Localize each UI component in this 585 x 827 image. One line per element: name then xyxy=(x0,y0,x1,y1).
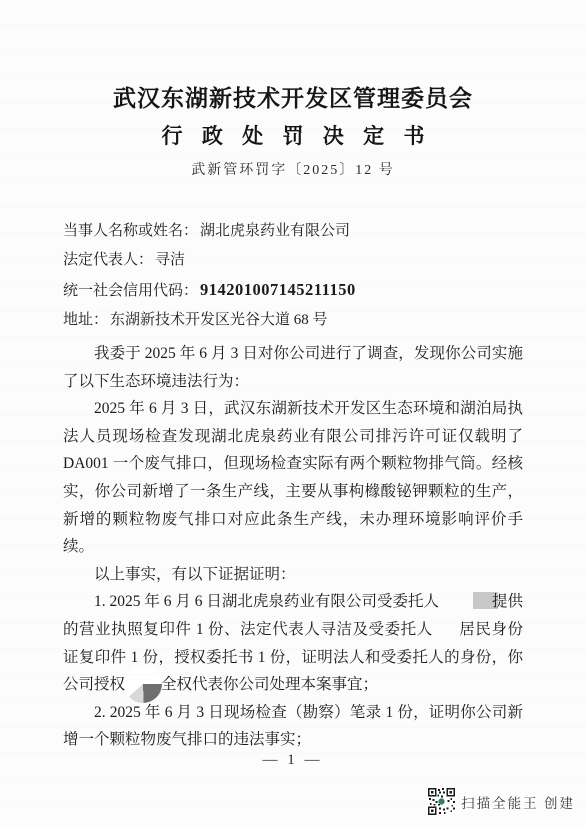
page-number: — 1 — xyxy=(0,752,585,769)
issuer-title: 武汉东湖新技术开发区管理委员会 xyxy=(63,80,523,113)
legal-representative-label: 法定代表人： xyxy=(63,252,153,268)
address-label: 地址： xyxy=(63,312,108,328)
legal-representative-value: 寻洁 xyxy=(153,252,185,268)
document-header: 武汉东湖新技术开发区管理委员会 行政处罚决定书 武新管环罚字〔2025〕12 号 xyxy=(63,80,523,179)
redaction-blank-space xyxy=(433,633,459,634)
credit-code-line: 统一社会信用代码：914201007145211150 xyxy=(63,275,523,306)
document-body: 我委于 2025 年 6 月 3 日对你公司进行了调查，发现你公司实施了以下生态… xyxy=(63,340,523,754)
redaction-blank-space xyxy=(439,605,473,606)
document-page: 武汉东湖新技术开发区管理委员会 行政处罚决定书 武新管环罚字〔2025〕12 号… xyxy=(0,0,585,827)
party-name-value: 湖北虎泉药业有限公司 xyxy=(198,223,350,239)
document-number: 武新管环罚字〔2025〕12 号 xyxy=(63,159,523,179)
scanner-watermark-label: 扫描全能王 创建 xyxy=(461,792,575,812)
party-name-label: 当事人名称或姓名： xyxy=(63,223,198,239)
address-line: 地址：东湖新技术开发区光谷大道 68 号 xyxy=(63,306,523,335)
document-footer: — 1 — xyxy=(0,752,585,827)
address-value: 东湖新技术开发区光谷大道 68 号 xyxy=(108,312,328,328)
evidence-1-text-a: 1. 2025 年 6 月 6 日湖北虎泉药业有限公司受委托人 xyxy=(94,593,439,610)
party-info-section: 当事人名称或姓名：湖北虎泉药业有限公司 法定代表人：寻洁 统一社会信用代码：91… xyxy=(63,217,523,335)
paragraph-evidence-item-1: 1. 2025 年 6 月 6 日湖北虎泉药业有限公司受委托人提供的营业执照复印… xyxy=(63,588,523,698)
party-name-line: 当事人名称或姓名：湖北虎泉药业有限公司 xyxy=(63,217,523,246)
evidence-1-text-d: 全权代表你公司处理本案事宜； xyxy=(161,676,378,693)
paragraph-violation-facts: 2025 年 6 月 3 日，武汉东湖新技术开发区生态环境和湖泊局执法人员现场检… xyxy=(63,395,523,561)
paragraph-evidence-intro: 以上事实，有以下证据证明： xyxy=(63,561,523,589)
credit-code-value: 914201007145211150 xyxy=(198,280,356,299)
legal-representative-line: 法定代表人：寻洁 xyxy=(63,246,523,275)
credit-code-label: 统一社会信用代码： xyxy=(63,283,198,299)
paragraph-investigation: 我委于 2025 年 6 月 3 日对你公司进行了调查，发现你公司实施了以下生态… xyxy=(63,340,523,395)
scanner-watermark: 扫描全能王 创建 xyxy=(428,788,575,815)
redaction-circle-sticker xyxy=(124,665,162,703)
document-type-title: 行政处罚决定书 xyxy=(63,120,523,150)
paragraph-evidence-item-2: 2. 2025 年 6 月 3 日现场检查（勘察）笔录 1 份，证明你公司新增一… xyxy=(63,699,523,754)
qr-code-icon xyxy=(428,788,455,815)
